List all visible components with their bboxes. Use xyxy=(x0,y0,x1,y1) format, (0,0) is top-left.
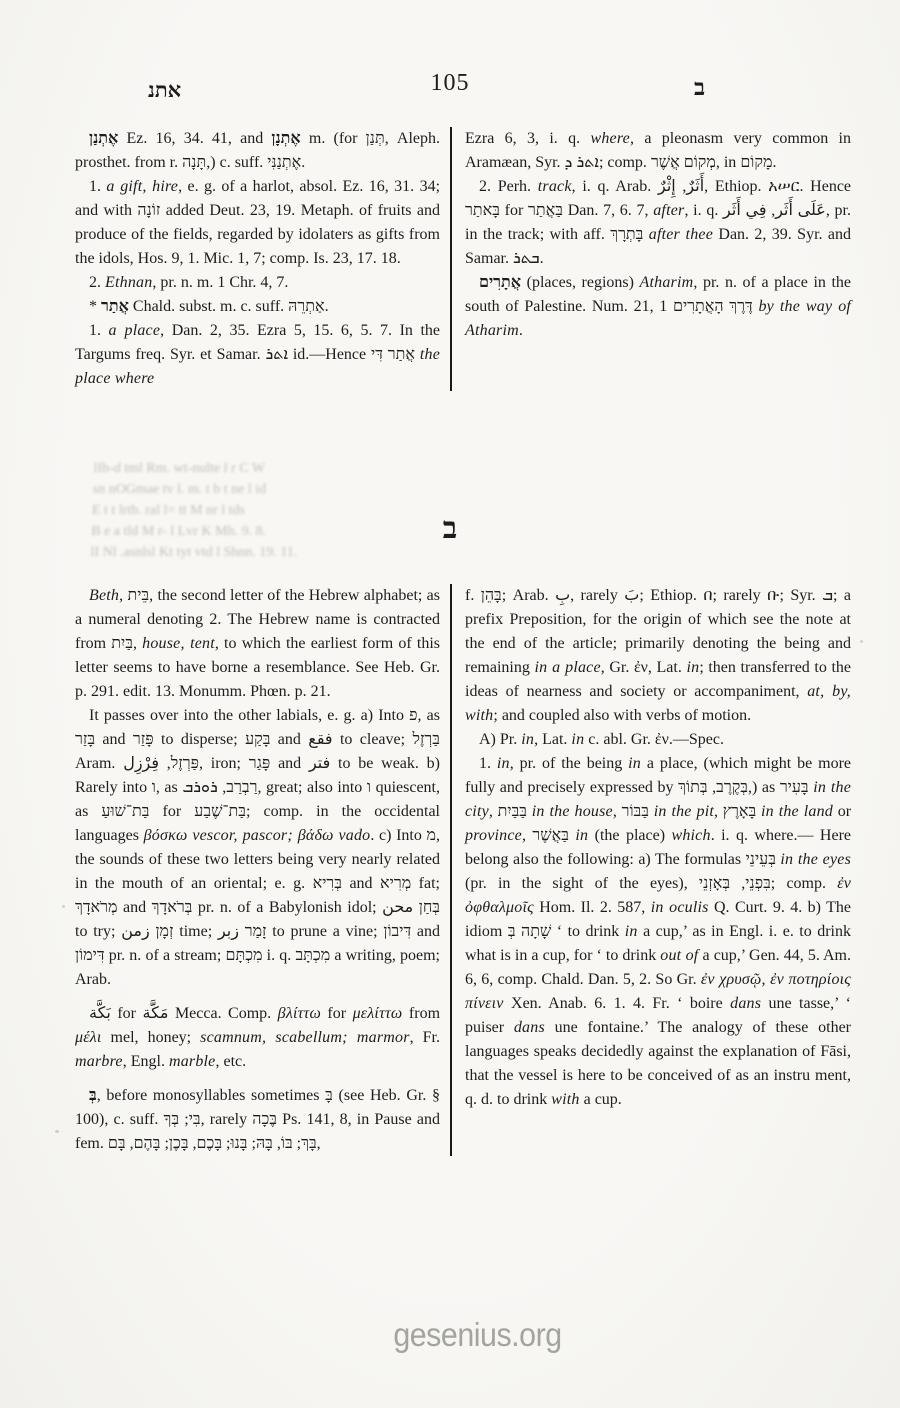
left-column: Beth, בֵּית, the second letter of the He… xyxy=(75,584,450,1156)
entry-athar-sense-2: 2. Perh. track, i. q. Arab. أَثَرٌ, إِثْ… xyxy=(465,175,851,271)
beth-section: Beth, בֵּית, the second letter of the He… xyxy=(75,584,851,1156)
right-column: f. בָּהֵן; Arab. بِ, rarely بَ; Ethiop. … xyxy=(452,584,851,1156)
entry-beth-mecca-note: بَكَّة for مَكَّة Mecca. Comp. βλίττω fo… xyxy=(75,1002,440,1074)
entry-beth-preposition-continuation: f. בָּהֵן; Arab. بِ, rarely بَ; Ethiop. … xyxy=(465,584,851,728)
scan-speckle xyxy=(55,1130,59,1133)
entry-beth-labials: It passes over into the other labials, e… xyxy=(75,704,440,992)
aleph-continuation-section: אֶתְנַן Ez. 16, 34. 41, and אֶתְנָן m. (… xyxy=(75,127,851,391)
entry-athar-sense-1: 1. a place, Dan. 2, 35. Ezra 5, 15. 6, 5… xyxy=(75,319,440,391)
watermark-text: gesenius.org xyxy=(393,1316,561,1354)
guide-word-right: ב xyxy=(694,75,705,101)
scanned-dictionary-page: אתנ 105 ב אֶתְנַן Ez. 16, 34. 41, and אֶ… xyxy=(0,0,900,1408)
entry-athar-continuation: Ezra 6, 3, i. q. where, a pleonasm very … xyxy=(465,127,851,175)
entry-beth-letter-intro: Beth, בֵּית, the second letter of the He… xyxy=(75,584,440,704)
entry-ethnan-headword: אֶתְנַן Ez. 16, 34. 41, and אֶתְנָן m. (… xyxy=(75,127,440,175)
left-column: אֶתְנַן Ez. 16, 34. 41, and אֶתְנָן m. (… xyxy=(75,127,450,391)
right-column: Ezra 6, 3, i. q. where, a pleonasm very … xyxy=(452,127,851,391)
page-header: אתנ 105 ב xyxy=(0,70,900,112)
watermark: gesenius.org xyxy=(0,1316,900,1354)
entry-athar-headword: * אֲתַר Chald. subst. m. c. suff. אַתְרֵ… xyxy=(75,295,440,319)
show-through-text: lIh-d tml Rm. wt-nulte l r C W sn nOGmae… xyxy=(90,458,362,563)
scan-speckle xyxy=(62,905,65,908)
show-through-line: lIh-d tml Rm. wt-nulte l r C W xyxy=(93,458,362,479)
entry-beth-preposition-head: בְּ, before monosyllables sometimes בָּ … xyxy=(75,1084,440,1156)
entry-beth-sense-1: 1. in, pr. of the being in a place, (whi… xyxy=(465,752,851,1112)
entry-ethnan-sense-1: 1. a gift, hire, e. g. of a harlot, abso… xyxy=(75,175,440,271)
show-through-line: sn nOGmae tv l. m. t b t ne l id xyxy=(92,479,361,500)
scan-speckle xyxy=(860,640,863,643)
entry-beth-section-a: A) Pr. in, Lat. in c. abl. Gr. ἐν.—Spec. xyxy=(465,728,851,752)
entry-ethnan-sense-2: 2. Ethnan, pr. n. m. 1 Chr. 4, 7. xyxy=(75,271,440,295)
section-letter-beth: ב xyxy=(0,512,900,546)
page-number: 105 xyxy=(0,70,900,97)
entry-atharim: אֲתָרִים (places, regions) Atharim, pr. … xyxy=(465,271,851,343)
